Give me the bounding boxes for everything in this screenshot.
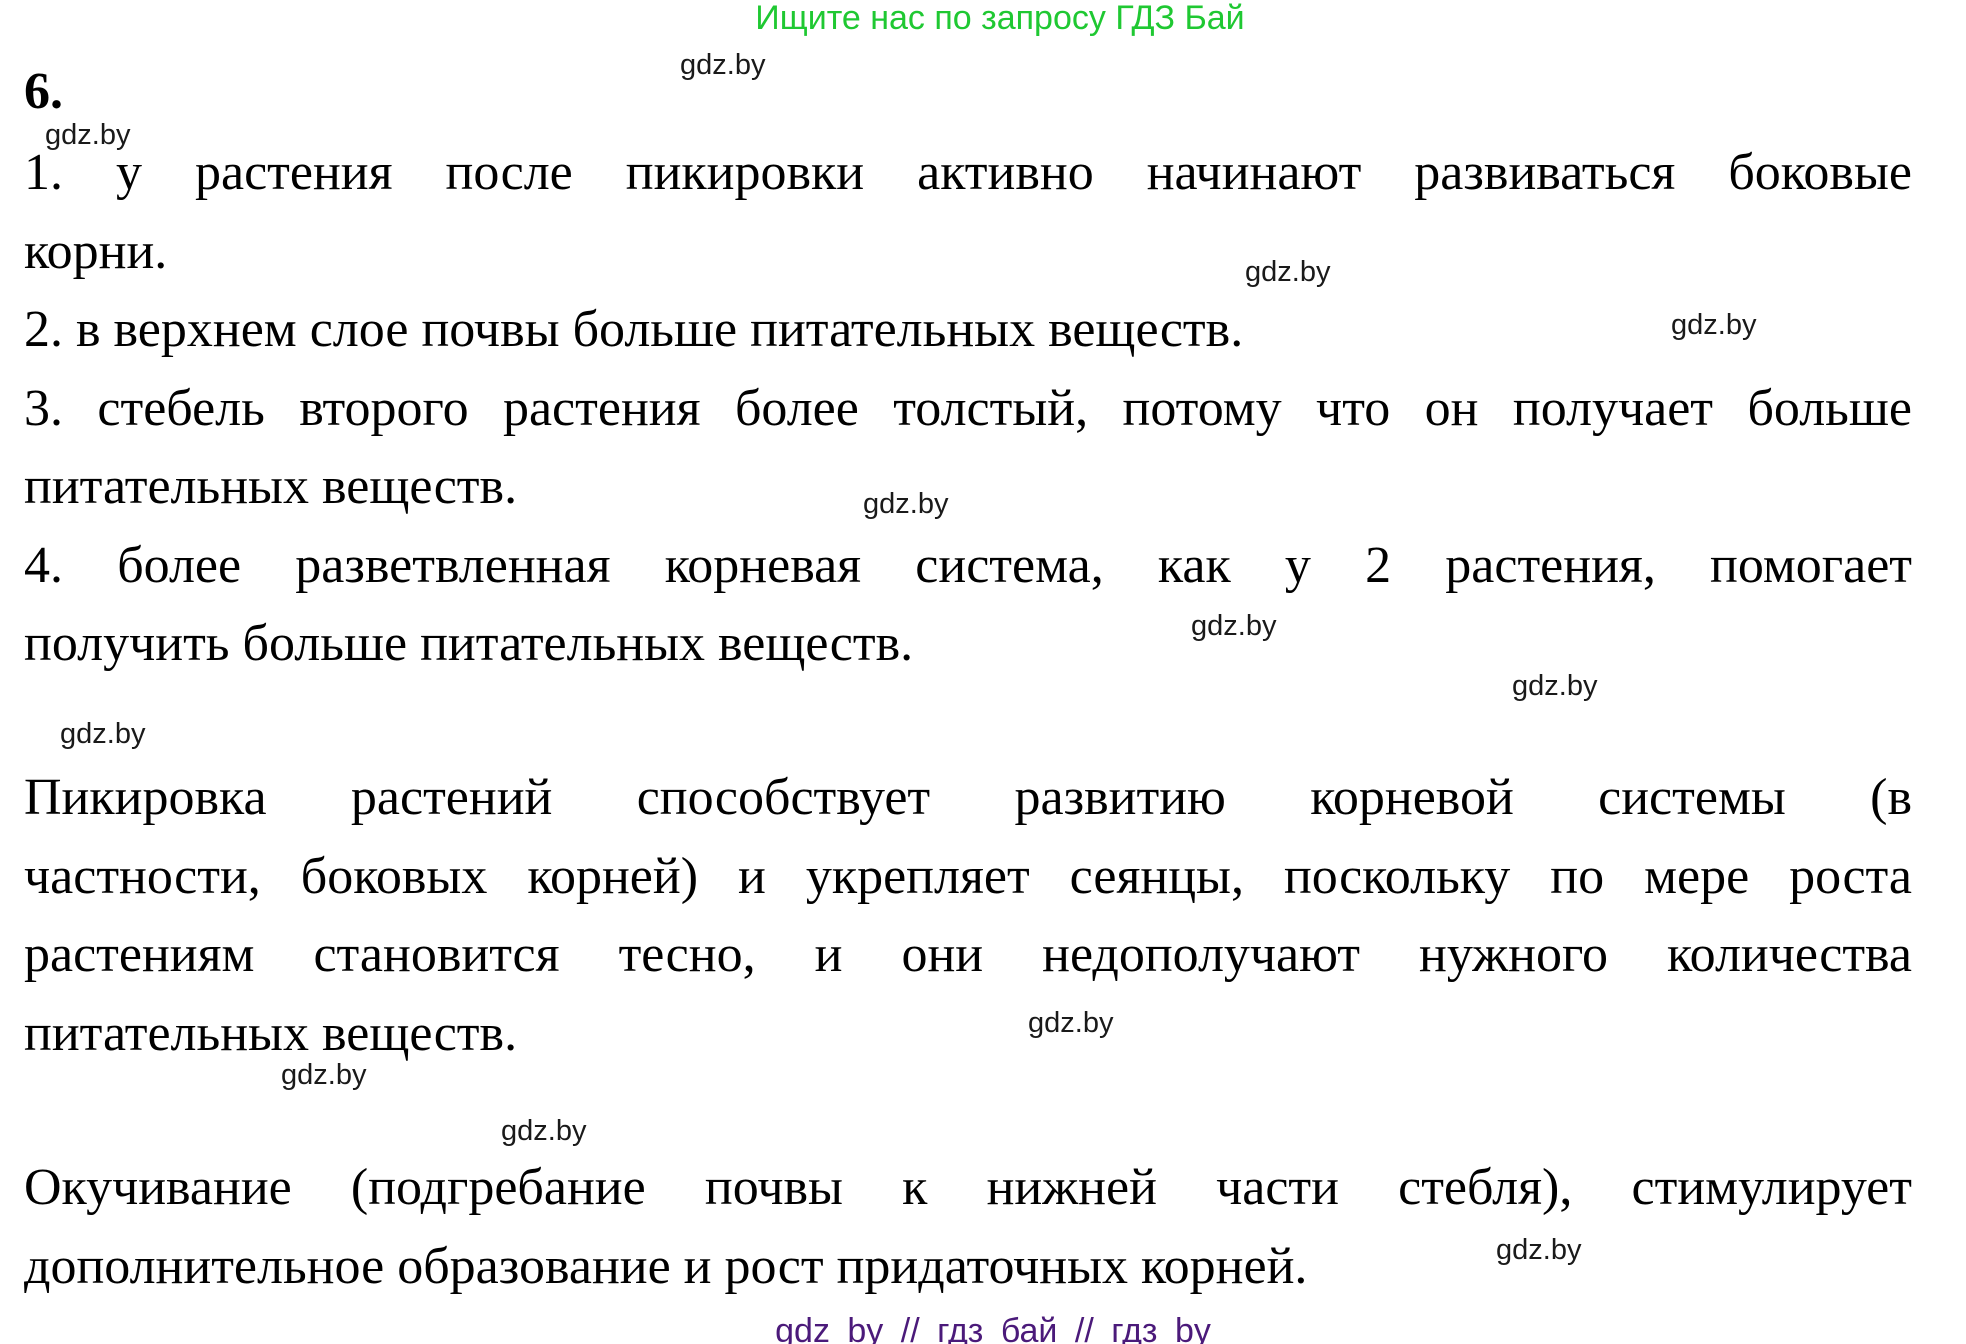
watermark: gdz.by — [1496, 1235, 1581, 1265]
watermark: gdz.by — [501, 1116, 586, 1146]
answer-line: получить больше питательных веществ. — [24, 605, 1912, 684]
watermark: gdz.by — [1245, 257, 1330, 287]
task-number: 6. — [24, 62, 63, 121]
watermark: gdz.by — [45, 120, 130, 150]
answer-line: 3. стебель второго растения более толсты… — [24, 370, 1912, 449]
watermark: gdz.by — [1512, 671, 1597, 701]
watermark: gdz.by — [60, 719, 145, 749]
watermark: gdz.by — [1191, 611, 1276, 641]
answer-line: 1. у растения после пикировки активно на… — [24, 134, 1912, 213]
watermark: gdz.by — [680, 50, 765, 80]
answer-list: 1. у растения после пикировки активно на… — [24, 134, 1912, 684]
watermark: gdz.by — [281, 1060, 366, 1090]
paragraph-line: Пикировка растений способствует развитию… — [24, 759, 1912, 838]
footer-site-links: gdz by // гдз бай // гдз by — [0, 1312, 1966, 1344]
answer-line: питательных веществ. — [24, 448, 1912, 527]
paragraph-picking: Пикировка растений способствует развитию… — [24, 759, 1912, 1073]
watermark: gdz.by — [1028, 1008, 1113, 1038]
answer-line: корни. — [24, 213, 1912, 292]
watermark: gdz.by — [863, 489, 948, 519]
watermark: gdz.by — [1671, 310, 1756, 340]
search-promo-banner: Ищите нас по запросу ГДЗ Бай — [0, 0, 1966, 36]
answer-line: 4. более разветвленная корневая система,… — [24, 527, 1912, 606]
paragraph-line: растениям становится тесно, и они недопо… — [24, 916, 1912, 995]
paragraph-line: дополнительное образование и рост придат… — [24, 1228, 1912, 1307]
paragraph-hilling: Окучивание (подгребание почвы к нижней ч… — [24, 1149, 1912, 1306]
answer-line: 2. в верхнем слое почвы больше питательн… — [24, 291, 1912, 370]
paragraph-line: Окучивание (подгребание почвы к нижней ч… — [24, 1149, 1912, 1228]
paragraph-line: частности, боковых корней) и укрепляет с… — [24, 838, 1912, 917]
